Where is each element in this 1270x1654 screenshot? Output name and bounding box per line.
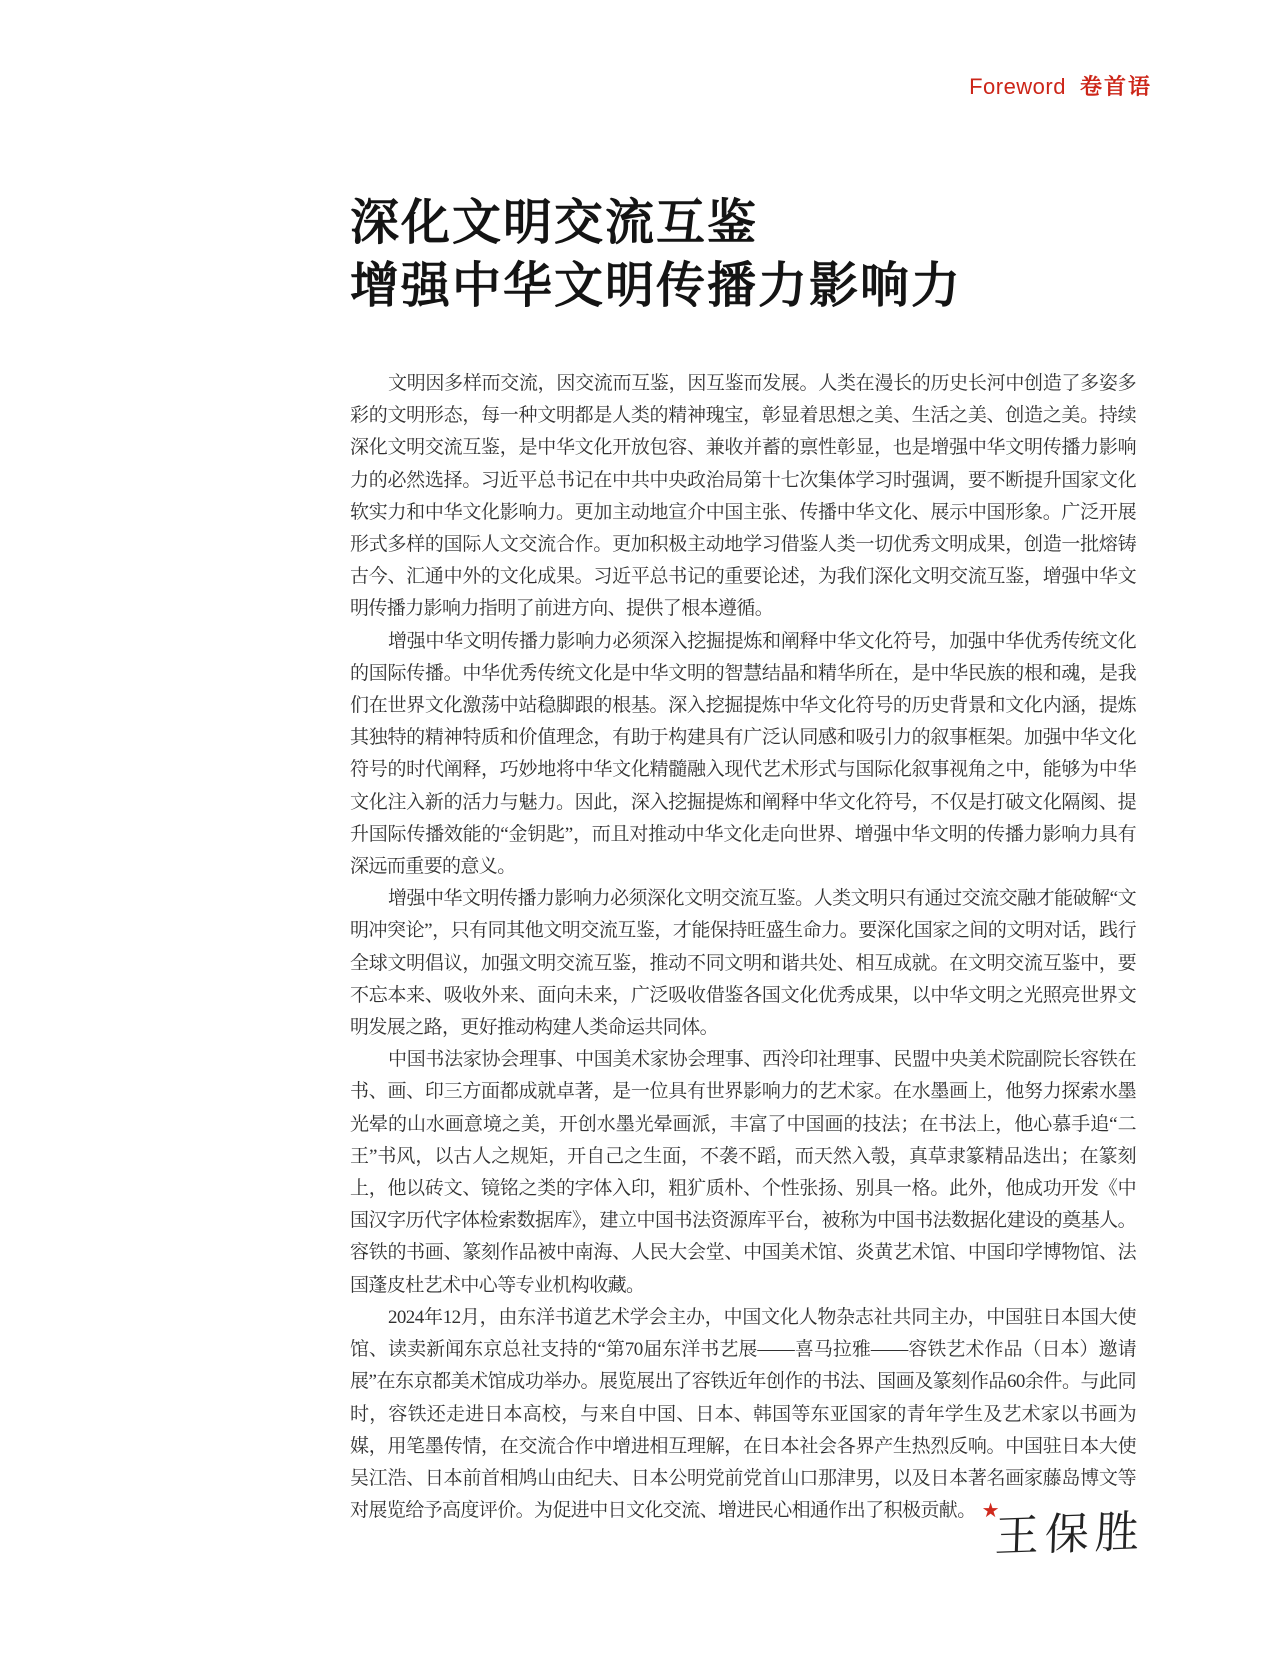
section-rubric: Foreword卷首语 [969, 70, 1152, 101]
body-paragraph: 增强中华文明传播力影响力必须深入挖掘提炼和阐释中华文化符号，加强中华优秀传统文化… [350, 626, 1136, 884]
article-title-line2: 增强中华文明传播力影响力 [350, 254, 1170, 317]
body-paragraph: 2024年12月，由东洋书道艺术学会主办，中国文化人物杂志社共同主办，中国驻日本… [350, 1302, 1136, 1527]
magazine-foreword-page: Foreword卷首语 深化文明交流互鉴 增强中华文明传播力影响力 文明因多样而… [0, 0, 1270, 1654]
body-paragraphs: 文明因多样而交流，因交流而互鉴，因互鉴而发展。人类在漫长的历史长河中创造了多姿多… [350, 368, 1136, 1527]
body-paragraph: 增强中华文明传播力影响力必须深化文明交流互鉴。人类文明只有通过交流交融才能破解“… [350, 883, 1136, 1044]
signature-handwriting: 王保胜 [994, 1495, 1146, 1564]
rubric-chinese-label: 卷首语 [1080, 74, 1152, 99]
rubric-english-label: Foreword [969, 74, 1066, 99]
article-title: 深化文明交流互鉴 增强中华文明传播力影响力 [350, 191, 1170, 317]
article-title-line1: 深化文明交流互鉴 [350, 191, 1170, 254]
body-paragraph: 文明因多样而交流，因交流而互鉴，因互鉴而发展。人类在漫长的历史长河中创造了多姿多… [350, 368, 1136, 626]
body-paragraph: 中国书法家协会理事、中国美术家协会理事、西泠印社理事、民盟中央美术院副院长容铁在… [350, 1044, 1136, 1302]
